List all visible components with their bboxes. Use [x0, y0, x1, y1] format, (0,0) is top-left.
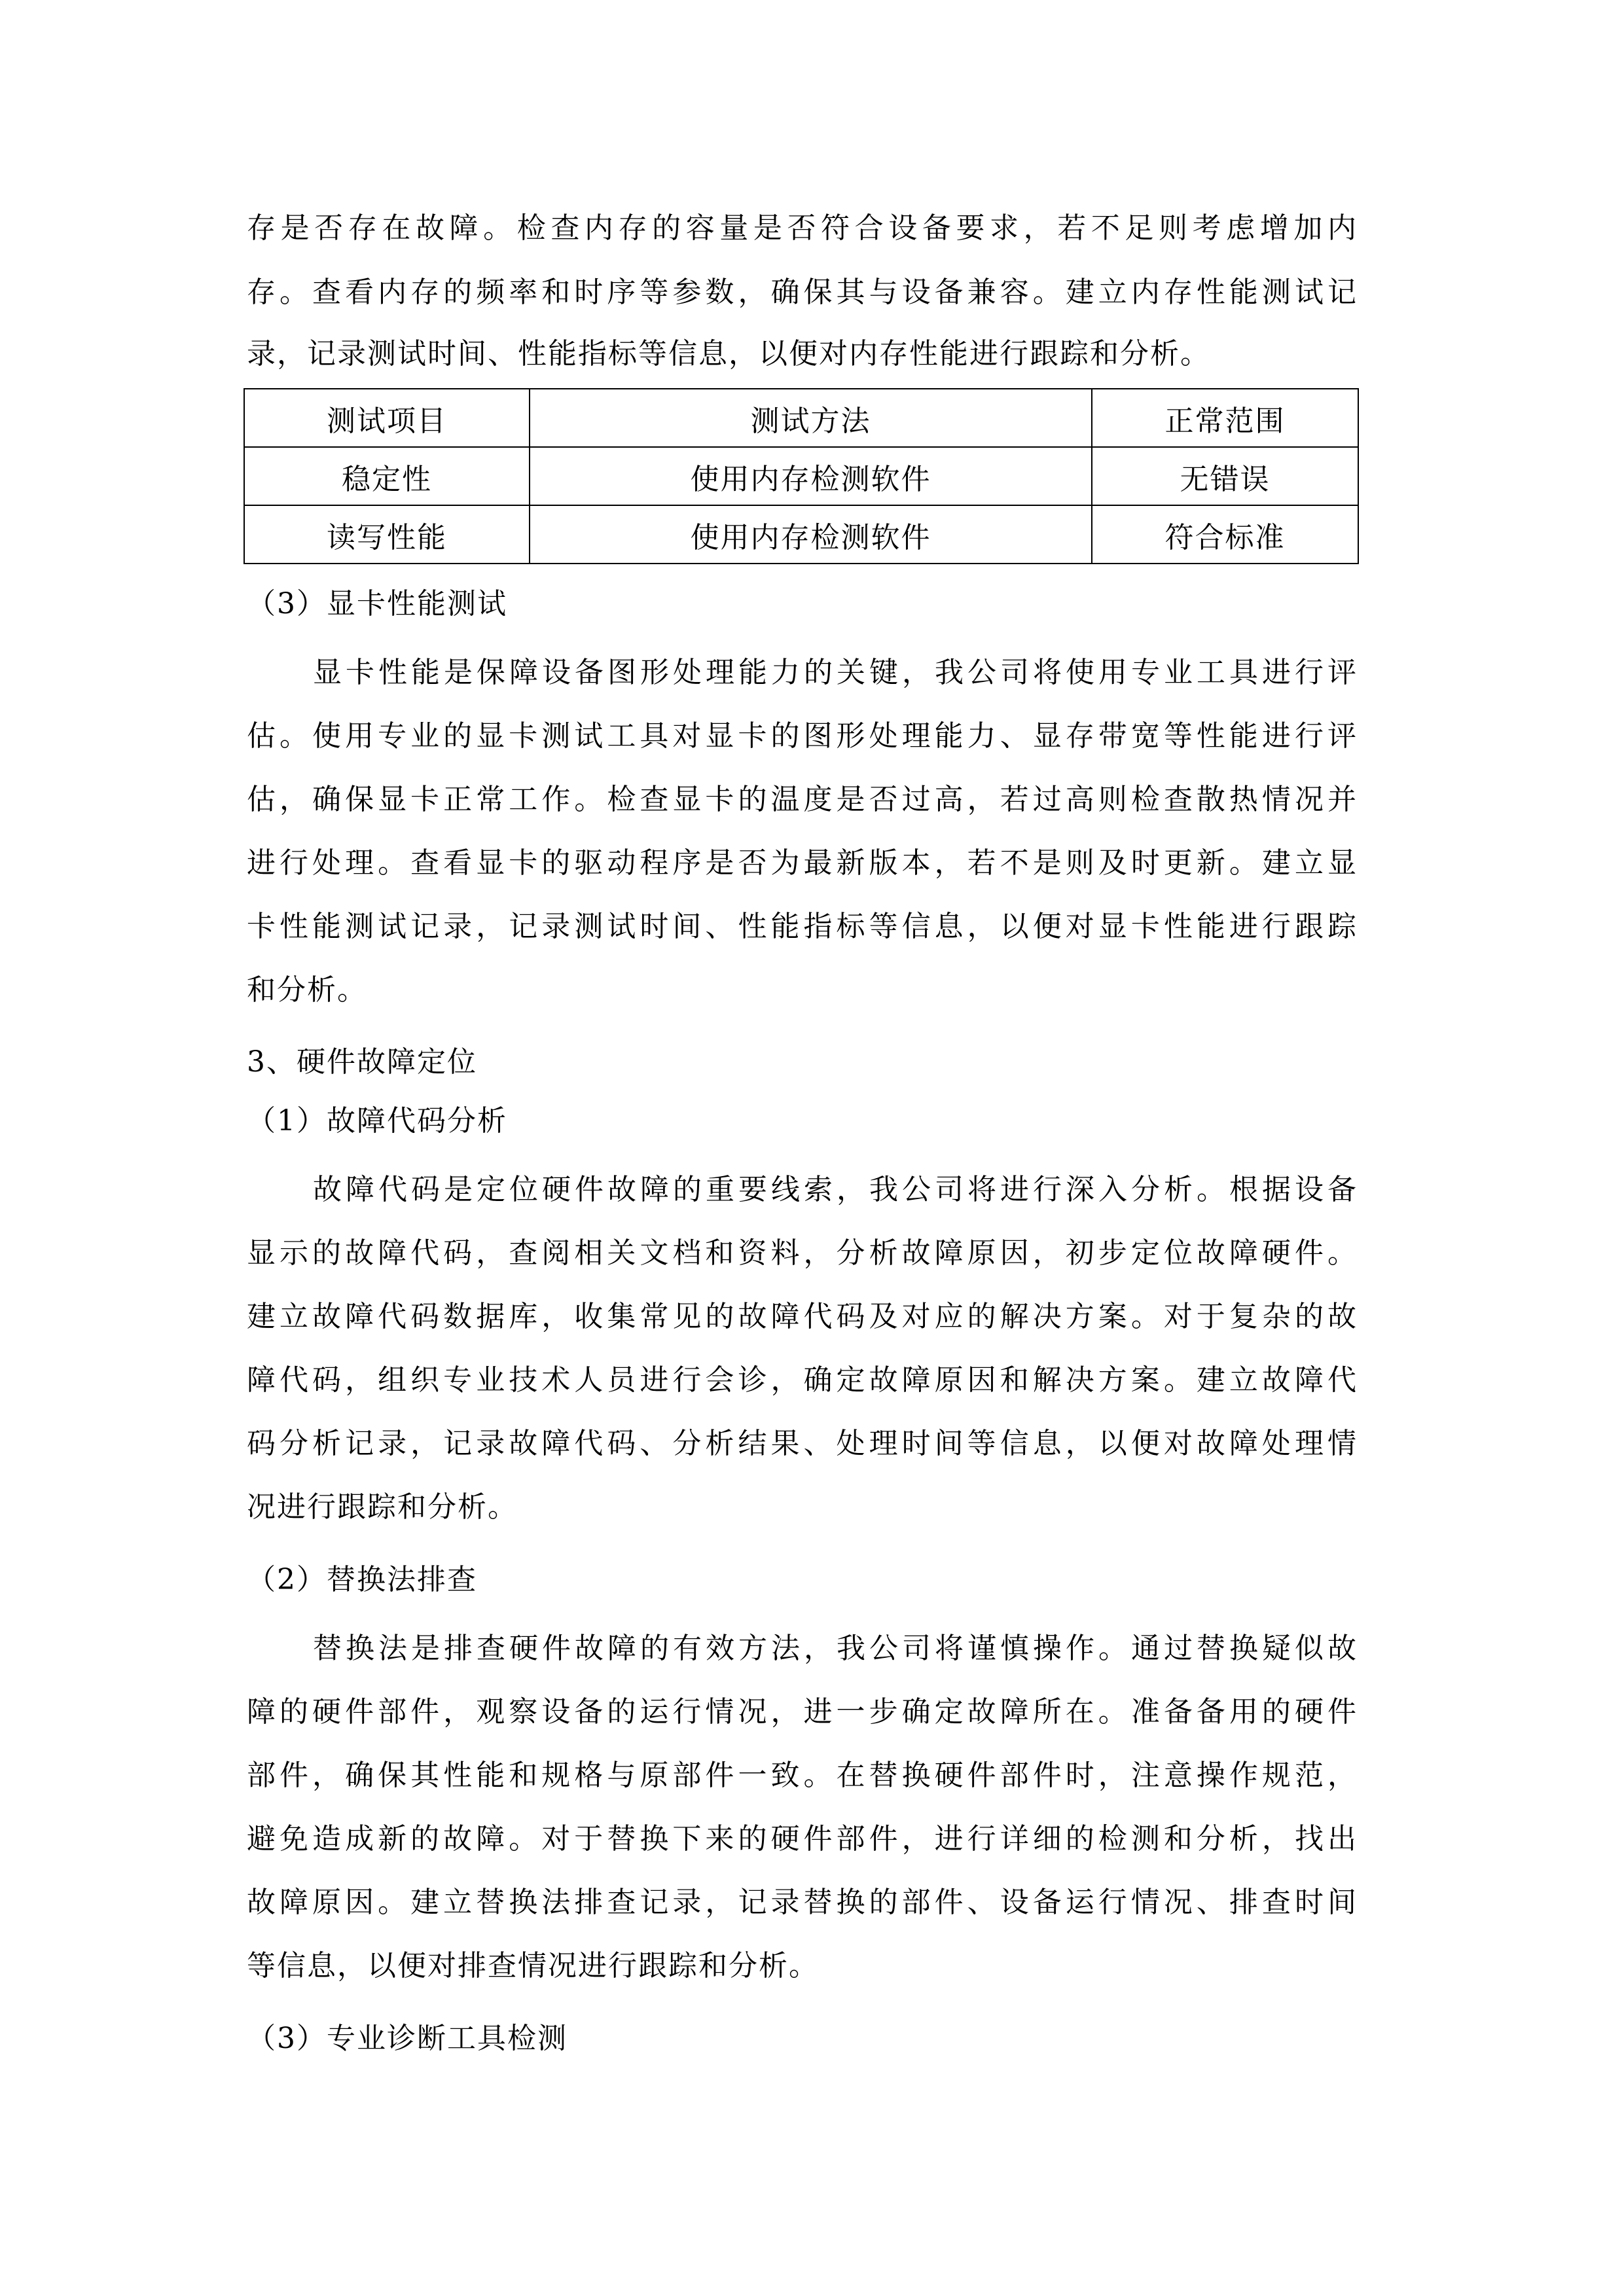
- table-cell: 无错误: [1092, 447, 1358, 505]
- table-header-cell: 测试项目: [244, 389, 530, 447]
- paragraph-line: 替换法是排查硬件故障的有效方法，我公司将谨慎操作。通过替换疑似故: [313, 1629, 1358, 1668]
- section-heading-fault-location: 3、硬件故障定位: [247, 1043, 1360, 1082]
- table-row: 稳定性 使用内存检测软件 无错误: [244, 447, 1358, 505]
- paragraph-line: 部件，确保其性能和规格与原部件一致。在替换硬件部件时，注意操作规范，: [247, 1756, 1358, 1795]
- paragraph-line: 况进行跟踪和分析。: [247, 1488, 1360, 1527]
- paragraph-line: 避免造成新的故障。对于替换下来的硬件部件，进行详细的检测和分析，找出: [247, 1820, 1358, 1859]
- paragraph-line: 进行处理。查看显卡的驱动程序是否为最新版本，若不是则及时更新。建立显: [247, 844, 1358, 883]
- paragraph-line: 故障代码是定位硬件故障的重要线索，我公司将进行深入分析。根据设备: [313, 1170, 1358, 1210]
- table-header-cell: 测试方法: [530, 389, 1092, 447]
- paragraph-line: 录，记录测试时间、性能指标等信息，以便对内存性能进行跟踪和分析。: [247, 334, 1360, 374]
- table-cell: 读写性能: [244, 505, 530, 564]
- subsection-heading-gpu: （3）显卡性能测试: [247, 584, 1360, 624]
- memory-test-table: 测试项目 测试方法 正常范围 稳定性 使用内存检测软件 无错误 读写性能 使用内…: [244, 388, 1359, 564]
- paragraph-line: 等信息，以便对排查情况进行跟踪和分析。: [247, 1946, 1360, 1986]
- subsection-heading-replacement: （2）替换法排查: [247, 1560, 1360, 1600]
- paragraph-line: 障代码，组织专业技术人员进行会诊，确定故障原因和解决方案。建立故障代: [247, 1361, 1358, 1400]
- table-cell: 使用内存检测软件: [530, 505, 1092, 564]
- paragraph-line: 显卡性能是保障设备图形处理能力的关键，我公司将使用专业工具进行评: [313, 653, 1358, 692]
- table-cell: 稳定性: [244, 447, 530, 505]
- table-cell: 符合标准: [1092, 505, 1358, 564]
- subsection-heading-diagnostic-tools: （3）专业诊断工具检测: [247, 2019, 1360, 2058]
- document-page: 存是否存在故障。检查内存的容量是否符合设备要求，若不足则考虑增加内 存。查看内存…: [0, 0, 1624, 2296]
- table-header-row: 测试项目 测试方法 正常范围: [244, 389, 1358, 447]
- paragraph-line: 建立故障代码数据库，收集常见的故障代码及对应的解决方案。对于复杂的故: [247, 1297, 1358, 1336]
- table-header-cell: 正常范围: [1092, 389, 1358, 447]
- paragraph-line: 障的硬件部件，观察设备的运行情况，进一步确定故障所在。准备备用的硬件: [247, 1693, 1358, 1732]
- table-cell: 使用内存检测软件: [530, 447, 1092, 505]
- paragraph-line: 存是否存在故障。检查内存的容量是否符合设备要求，若不足则考虑增加内: [247, 209, 1358, 248]
- paragraph-line: 卡性能测试记录，记录测试时间、性能指标等信息，以便对显卡性能进行跟踪: [247, 907, 1358, 946]
- paragraph-line: 存。查看内存的频率和时序等参数，确保其与设备兼容。建立内存性能测试记: [247, 273, 1358, 312]
- paragraph-line: 码分析记录，记录故障代码、分析结果、处理时间等信息，以便对故障处理情: [247, 1424, 1358, 1463]
- table-row: 读写性能 使用内存检测软件 符合标准: [244, 505, 1358, 564]
- paragraph-line: 和分析。: [247, 971, 1360, 1010]
- paragraph-line: 估。使用专业的显卡测试工具对显卡的图形处理能力、显存带宽等性能进行评: [247, 717, 1358, 756]
- paragraph-line: 故障原因。建立替换法排查记录，记录替换的部件、设备运行情况、排查时间: [247, 1883, 1358, 1922]
- paragraph-line: 显示的故障代码，查阅相关文档和资料，分析故障原因，初步定位故障硬件。: [247, 1234, 1358, 1273]
- subsection-heading-fault-code: （1）故障代码分析: [247, 1102, 1360, 1141]
- paragraph-line: 估，确保显卡正常工作。检查显卡的温度是否过高，若过高则检查散热情况并: [247, 780, 1358, 819]
